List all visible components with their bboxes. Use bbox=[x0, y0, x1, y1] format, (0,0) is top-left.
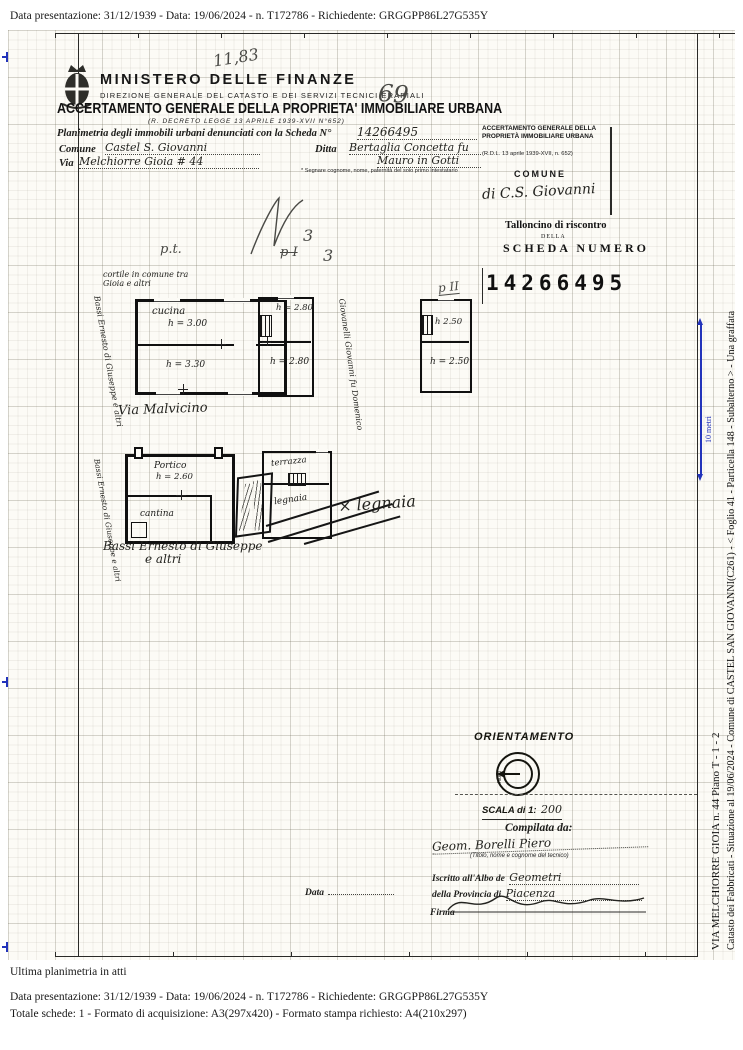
owner-bottom-line1: Bassi Ernesto di Giuseppe bbox=[103, 540, 263, 553]
floorplan-c: h 2.50 h = 2.50 bbox=[420, 299, 472, 393]
owner-label-mid: Giovanelli Giovanni fu Domenico bbox=[337, 298, 364, 431]
signature-icon bbox=[444, 890, 654, 916]
bottom-note-line: Ultima planimetria in atti bbox=[10, 966, 127, 978]
data-line: Data bbox=[305, 882, 394, 900]
hatch-line bbox=[304, 515, 401, 544]
closet-box bbox=[131, 522, 147, 538]
ministry-title: MINISTERO DELLE FINANZE bbox=[100, 72, 356, 88]
interior-wall bbox=[210, 495, 212, 541]
room-height-a2: h = 3.30 bbox=[166, 360, 205, 370]
scale-bar-label: 10 metri bbox=[704, 416, 713, 443]
sheet-bottom-border bbox=[55, 952, 698, 957]
stamp-edge-line bbox=[482, 268, 483, 304]
scheda-number-handwritten: 14266495 bbox=[357, 125, 477, 140]
document-subtitle: (R. DECRETO LEGGE 13 APRILE 1939-XVII N°… bbox=[148, 118, 345, 125]
compilata-label: Compilata da: bbox=[505, 822, 572, 834]
cortile-note: cortile in comune tra Gioia e altri bbox=[103, 270, 188, 288]
comune-label: Comune bbox=[59, 144, 96, 155]
floorplan-b: h = 2.80 h = 2.80 bbox=[258, 297, 314, 397]
survey-cross-icon bbox=[216, 339, 226, 349]
pencil-pt-label: p.t. bbox=[160, 242, 182, 257]
orientamento-title: ORIENTAMENTO bbox=[474, 731, 574, 743]
right-margin-caption-1: Catasto dei Fabbricati - Situazione al 1… bbox=[726, 290, 737, 950]
cadastral-planimetry-page: Data presentazione: 31/12/1939 - Data: 1… bbox=[0, 0, 743, 1050]
comune-handwritten: Castel S. Giovanni bbox=[105, 141, 260, 155]
scala-label: SCALA di 1: bbox=[482, 805, 537, 816]
scanned-sheet: 11,83 MINISTERO DELLE FINANZE DIREZIONE … bbox=[8, 30, 735, 960]
stairs-icon bbox=[260, 315, 272, 337]
scheda-numero-label: SCHEDA NUMERO bbox=[503, 241, 649, 256]
legnaia-note: × legnaia bbox=[337, 491, 416, 515]
window-gap bbox=[438, 297, 454, 302]
floorplan-e: terrazza legnaia bbox=[262, 451, 332, 539]
albo-handwritten: Geometri bbox=[509, 871, 639, 885]
tecnico-handwritten: Geom. Borelli Piero bbox=[432, 832, 648, 855]
window-gap bbox=[228, 391, 252, 396]
section-divider-line bbox=[455, 794, 697, 795]
top-metadata-line: Data presentazione: 31/12/1939 - Data: 1… bbox=[10, 10, 488, 22]
scale-bar-arrow-down-icon bbox=[697, 474, 703, 481]
tecnico-note: (Titolo, nome e cognome del tecnico) bbox=[470, 853, 569, 859]
sheet-top-border bbox=[55, 33, 735, 38]
room-height-c1: h 2.50 bbox=[435, 317, 462, 327]
chimney-notch bbox=[134, 447, 143, 459]
room-label-legnaia: legnaia bbox=[273, 493, 307, 508]
compass-north-arrow-icon bbox=[504, 773, 520, 775]
scale-bar-arrow-up-icon bbox=[697, 318, 703, 325]
floorplan-d: Portico h = 2.60 cantina bbox=[125, 454, 235, 544]
right-margin-caption-2: VIA MELCHIORRE GIOIA n. 44 Piano T - 1 -… bbox=[710, 630, 722, 950]
ditta-label: Ditta bbox=[315, 144, 337, 155]
interior-wall bbox=[422, 341, 469, 343]
bottom-metadata-line: Data presentazione: 31/12/1939 - Data: 1… bbox=[10, 991, 488, 1003]
data-blank bbox=[328, 894, 394, 895]
pencil-p1-label: p I bbox=[280, 245, 298, 260]
window-gap bbox=[224, 298, 250, 303]
planimetria-label: Planimetria degli immobili urbani denunc… bbox=[57, 128, 331, 139]
scala-line: SCALA di 1: 200 bbox=[482, 800, 562, 820]
compass-nord-label: Nord bbox=[497, 771, 503, 783]
della-label: DELLA bbox=[541, 234, 566, 240]
cortile-note-line2: Gioia e altri bbox=[103, 279, 188, 288]
room-label-cantina: cantina bbox=[140, 509, 174, 519]
pencil-note-top: 11,83 bbox=[212, 45, 260, 71]
survey-cross-icon bbox=[262, 337, 271, 346]
ditta-handwritten-2: Mauro in Gotti bbox=[377, 154, 481, 168]
room-label-cucina: cucina bbox=[152, 306, 185, 317]
scale-bar bbox=[700, 324, 702, 474]
room-height-a1: h = 3.00 bbox=[168, 319, 207, 329]
owner-label-bottom: Bassi Ernesto di Giuseppe e altri bbox=[103, 540, 263, 566]
pencil-three-a: 3 bbox=[303, 226, 313, 245]
cortile-note-line1: cortile in comune tra bbox=[103, 270, 188, 279]
via-malvicino-label: Via Malvicino bbox=[118, 400, 208, 418]
talloncino-label: Talloncino di riscontro bbox=[505, 220, 607, 231]
albo-label: Iscritto all'Albo de bbox=[432, 874, 505, 884]
room-height-b1: h = 2.80 bbox=[276, 303, 313, 313]
ditta-handwritten-1: Bertaglia Concetta fu bbox=[349, 141, 481, 155]
window-gap bbox=[156, 391, 180, 396]
scheda-number-stamp: 14266495 bbox=[486, 271, 627, 295]
pencil-three-b: 3 bbox=[323, 246, 333, 265]
room-height-d: h = 2.60 bbox=[156, 472, 193, 482]
via-handwritten: Melchiorre Gioia # 44 bbox=[79, 155, 259, 169]
illegible-handwriting bbox=[239, 484, 253, 531]
interior-wall bbox=[128, 495, 210, 497]
room-height-c2: h = 2.50 bbox=[430, 357, 469, 367]
data-label: Data bbox=[305, 888, 324, 898]
survey-cross-icon bbox=[176, 490, 186, 500]
form-section: Planimetria degli immobili urbani denunc… bbox=[57, 128, 483, 176]
room-label-terrazza: terrazza bbox=[271, 455, 308, 469]
sheet-right-border bbox=[697, 33, 698, 957]
document-title: ACCERTAMENTO GENERALE DELLA PROPRIETA' I… bbox=[57, 101, 502, 117]
window-gap bbox=[278, 295, 294, 300]
window-gap bbox=[316, 449, 328, 454]
window-gap bbox=[154, 298, 180, 303]
side-panel-bracket bbox=[610, 127, 612, 215]
chimney-notch bbox=[214, 447, 223, 459]
stairs-icon bbox=[422, 315, 433, 335]
form-footnote: * Segnare cognome, nome, paternità del s… bbox=[301, 168, 458, 174]
via-label: Via bbox=[59, 158, 74, 169]
scala-value-handwritten: 200 bbox=[541, 803, 562, 816]
survey-cross-icon bbox=[178, 384, 188, 394]
bottom-format-line: Totale schede: 1 - Formato di acquisizio… bbox=[10, 1008, 467, 1020]
room-label-portico: Portico bbox=[154, 461, 186, 471]
room-height-b2: h = 2.80 bbox=[270, 357, 309, 367]
owner-bottom-line2: e altri bbox=[145, 553, 263, 566]
pencil-p2-label: p II bbox=[437, 279, 459, 296]
stairs-icon bbox=[288, 473, 306, 486]
side-panel-comune-label: COMUNE bbox=[514, 169, 632, 179]
ministry-direction: DIREZIONE GENERALE DEL CATASTO E DEI SER… bbox=[100, 91, 425, 100]
